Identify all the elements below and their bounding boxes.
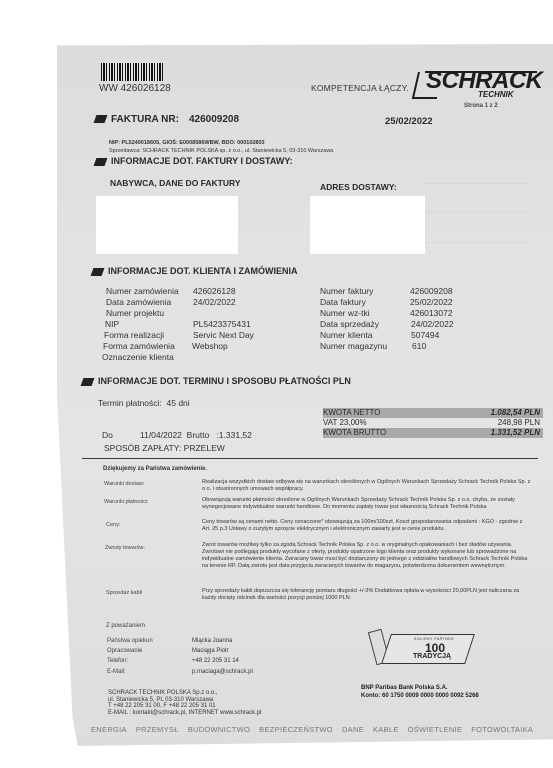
terms-label: Sprzedaż kabli <box>106 590 142 596</box>
category: DANE <box>342 725 364 734</box>
contact-label: Telefon: <box>107 658 128 664</box>
order-row: Forma realizacjiServic Next Day <box>104 330 254 341</box>
order-row: Numer faktury426009208 <box>320 286 454 297</box>
order-info-right: Numer faktury426009208 Data faktury25/02… <box>320 286 454 352</box>
terms-text: Obowiązują warunki płatności określone w… <box>202 497 532 511</box>
contact-label: E-Mail: <box>107 669 126 675</box>
contact-value: Maciąga Piotr <box>192 648 229 654</box>
terms-text: Przy sprzedaży kabli dopuszcza się toler… <box>202 588 532 602</box>
terms-text: Zwrot towarów możliwy tylko za zgodą Sch… <box>202 542 532 570</box>
terms-text: Ceny towarów są cenami netto. Ceny oznac… <box>202 519 532 533</box>
payment-method: SPOSÓB ZAPŁATY: PRZELEW <box>104 443 225 453</box>
category: ENERGIA <box>91 725 127 734</box>
buyer-heading: NABYWCA, DANE DO FAKTURY <box>110 178 241 188</box>
order-row: Data sprzedaży24/02/2022 <box>320 319 454 330</box>
order-row: NIPPL5423375431 <box>105 319 254 330</box>
order-row: Forma zamówieniaWebshop <box>103 341 254 352</box>
terms-label: Warunki płatności: <box>104 499 149 505</box>
business-categories: ENERGIAPRZEMYSŁBUDOWNICTWOBEZPIECZEŃSTWO… <box>91 725 542 734</box>
terms-label: Zwroty towarów: <box>105 545 145 551</box>
order-row: Numer projektu <box>106 308 254 319</box>
category: BEZPIECZEŃSTWO <box>259 725 333 734</box>
section-client-order: INFORMACJE DOT. KLIENTA I ZAMÓWIENIA <box>92 266 298 276</box>
contact-label: Państwa opiekun <box>107 638 153 644</box>
category: PRZEMYSŁ <box>136 725 179 734</box>
show-through-line <box>420 183 530 184</box>
bank-details: BNP Paribas Bank Polska S.A. Konto: 60 1… <box>361 685 479 700</box>
order-row: Data faktury25/02/2022 <box>320 297 454 308</box>
total-net: KWOTA NETTO1.082,54 PLN <box>323 408 543 418</box>
barcode-text: WW 426026128 <box>99 83 171 94</box>
divider <box>82 458 538 459</box>
redacted-delivery-address <box>310 196 425 254</box>
contact-value: Miącka Joanna <box>192 638 232 644</box>
section-marker-icon <box>94 115 108 123</box>
section-marker-icon <box>81 378 95 386</box>
seller-address: Sprzedawca: SCHRACK TECHNIK POLSKA sp. z… <box>109 148 333 154</box>
category: FOTOWOLTAIKA <box>471 725 533 734</box>
seller-ids: NIP: PL5240018605, GIOŚ: E0008586WBW, BD… <box>109 140 265 146</box>
payment-term: Termin płatności: 45 dni <box>98 398 190 408</box>
terms-text: Realizacja wszystkich dostaw odbywa się … <box>202 479 532 493</box>
redacted-buyer-address <box>96 196 238 254</box>
terms-label: Ceny: <box>106 522 120 528</box>
section-marker-icon <box>91 268 105 276</box>
order-row: Numer magazynu610 <box>320 341 454 352</box>
logo-subtitle: TECHNIK <box>478 90 514 99</box>
badge-line3: TRADYCJĄ <box>413 653 451 660</box>
total-gross: KWOTA BRUTTO1.331,52 PLN <box>323 428 543 438</box>
contact-label: Opracowanie <box>107 648 142 654</box>
order-row: Oznaczenie klienta <box>102 352 254 363</box>
order-row: Numer klienta507494 <box>320 330 454 341</box>
invoice-number: FAKTURA NR:426009208 <box>95 114 239 125</box>
contact-value: +48 22 205 31 14 <box>192 658 239 664</box>
payment-due: Do11/04/2022 Brutto :1.331,52 <box>102 430 252 440</box>
thanks-note: Dziękujemy za Państwa zamówienie. <box>103 466 207 472</box>
page-indicator: Strona 1 z 2 <box>464 103 498 109</box>
contact-email[interactable]: p.maciaga@schrack.pl <box>192 669 253 675</box>
section-payment: INFORMACJE DOT. TERMINU I SPOSOBU PŁATNO… <box>82 376 351 386</box>
total-vat: VAT 23,00%248,98 PLN <box>323 418 543 428</box>
company-address: SCHRACK TECHNIK POLSKA Sp.z o.o., ul. St… <box>108 690 261 716</box>
terms-label: Warunki dostaw: <box>104 481 144 487</box>
section-marker-icon <box>94 158 108 166</box>
greeting: Z poważaniem <box>106 623 145 629</box>
category: OŚWIETLENIE <box>408 725 463 734</box>
slogan: KOMPETENCJA ŁĄCZY. <box>311 83 409 93</box>
delivery-heading: ADRES DOSTAWY: <box>320 182 397 192</box>
section-invoice-delivery: INFORMACJE DOT. FAKTURY I DOSTAWY: <box>95 156 293 166</box>
category: KABLE <box>373 725 399 734</box>
invoice-date: 25/02/2022 <box>385 116 433 127</box>
order-info-left: Numer zamówienia426026128 Data zamówieni… <box>106 286 254 363</box>
order-row: Numer wz-tki426013072 <box>320 308 454 319</box>
category: BUDOWNICTWO <box>188 725 250 734</box>
order-row: Numer zamówienia426026128 <box>106 286 254 297</box>
barcode <box>101 63 163 81</box>
order-row: Data zamówienia24/02/2022 <box>106 297 254 308</box>
